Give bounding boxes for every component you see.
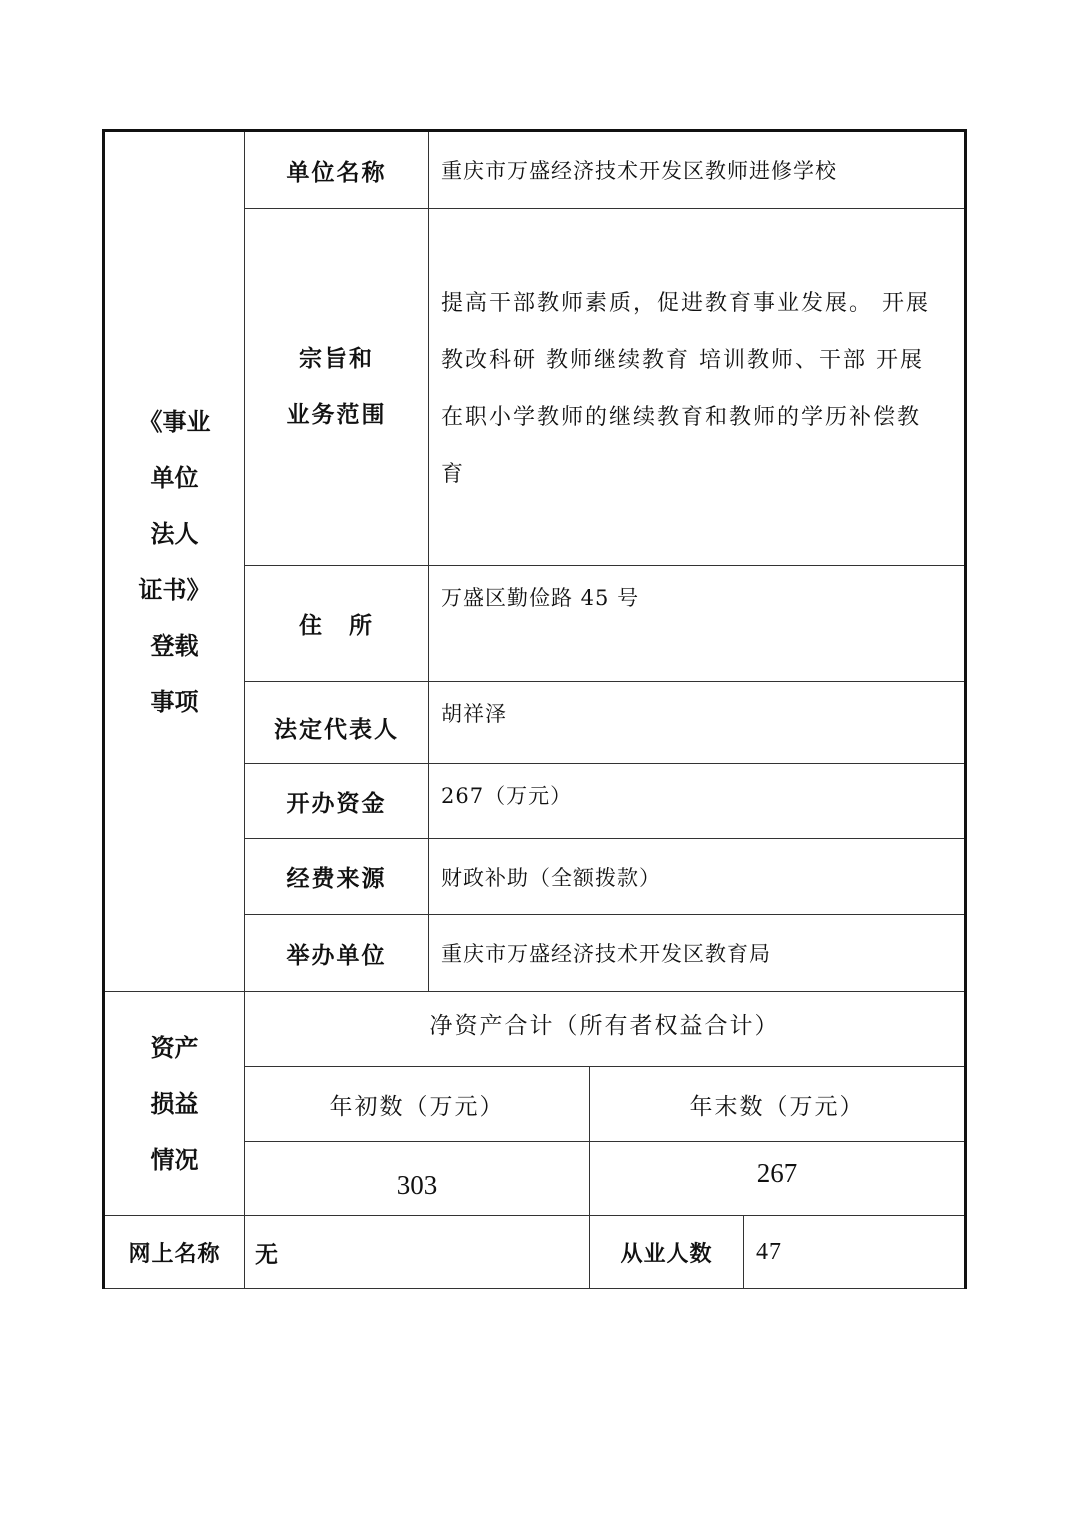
side-label-line: 证书》 xyxy=(105,562,244,618)
purpose-scope-line: 提高干部教师素质，促进教育事业发展。 开展 xyxy=(441,275,954,332)
unit-name-value: 重庆市万盛经济技术开发区教师进修学校 xyxy=(429,131,966,209)
year-start-header: 年初数（万元） xyxy=(245,1067,590,1142)
purpose-scope-line: 教改科研 教师继续教育 培训教师、干部 开展 xyxy=(441,332,954,389)
unit-name-label: 单位名称 xyxy=(245,131,429,209)
assets-side-label-line: 情况 xyxy=(105,1132,244,1188)
registered-capital-value: 267（万元） xyxy=(429,764,966,839)
side-label-line: 法人 xyxy=(105,506,244,562)
online-name-label: 网上名称 xyxy=(104,1216,245,1289)
assets-side-label: 资产 损益 情况 xyxy=(104,992,245,1216)
side-label-line: 事项 xyxy=(105,674,244,730)
purpose-scope-value: 提高干部教师素质，促进教育事业发展。 开展 教改科研 教师继续教育 培训教师、干… xyxy=(429,209,966,566)
staff-count-value: 47 xyxy=(744,1216,966,1289)
row-unit-name: 《事业 单位 法人 证书》 登载 事项 单位名称 重庆市万盛经济技术开发区教师进… xyxy=(104,131,966,209)
row-online-name-staff: 网上名称 无 从业人数 47 xyxy=(104,1216,966,1289)
year-end-header: 年末数（万元） xyxy=(590,1067,966,1142)
certificate-items-side-label: 《事业 单位 法人 证书》 登载 事项 xyxy=(104,131,245,992)
registered-capital-label: 开办资金 xyxy=(245,764,429,839)
legal-representative-value: 胡祥泽 xyxy=(429,682,966,764)
funding-source-label: 经费来源 xyxy=(245,839,429,915)
net-assets-header: 净资产合计（所有者权益合计） xyxy=(245,992,966,1067)
legal-representative-label: 法定代表人 xyxy=(245,682,429,764)
purpose-scope-label-line: 宗旨和 xyxy=(245,331,428,387)
row-net-assets-header: 资产 损益 情况 净资产合计（所有者权益合计） xyxy=(104,992,966,1067)
sponsor-unit-label: 举办单位 xyxy=(245,915,429,992)
year-end-value: 267 xyxy=(590,1142,966,1216)
side-label-line: 登载 xyxy=(105,618,244,674)
document-page: 《事业 单位 法人 证书》 登载 事项 单位名称 重庆市万盛经济技术开发区教师进… xyxy=(0,0,1074,1520)
address-value: 万盛区勤俭路 45 号 xyxy=(429,566,966,682)
assets-side-label-line: 资产 xyxy=(105,1020,244,1076)
year-start-value: 303 xyxy=(245,1142,590,1216)
side-label-line: 《事业 xyxy=(105,394,244,450)
staff-count-label: 从业人数 xyxy=(590,1216,744,1289)
sponsor-unit-value: 重庆市万盛经济技术开发区教育局 xyxy=(429,915,966,992)
registration-form-table: 《事业 单位 法人 证书》 登载 事项 单位名称 重庆市万盛经济技术开发区教师进… xyxy=(102,129,967,1289)
purpose-scope-label: 宗旨和 业务范围 xyxy=(245,209,429,566)
purpose-scope-label-line: 业务范围 xyxy=(245,387,428,443)
purpose-scope-line: 育 xyxy=(441,446,954,503)
online-name-value: 无 xyxy=(245,1216,590,1289)
address-label: 住 所 xyxy=(245,566,429,682)
assets-side-label-line: 损益 xyxy=(105,1076,244,1132)
side-label-line: 单位 xyxy=(105,450,244,506)
funding-source-value: 财政补助（全额拨款） xyxy=(429,839,966,915)
purpose-scope-line: 在职小学教师的继续教育和教师的学历补偿教 xyxy=(441,389,954,446)
